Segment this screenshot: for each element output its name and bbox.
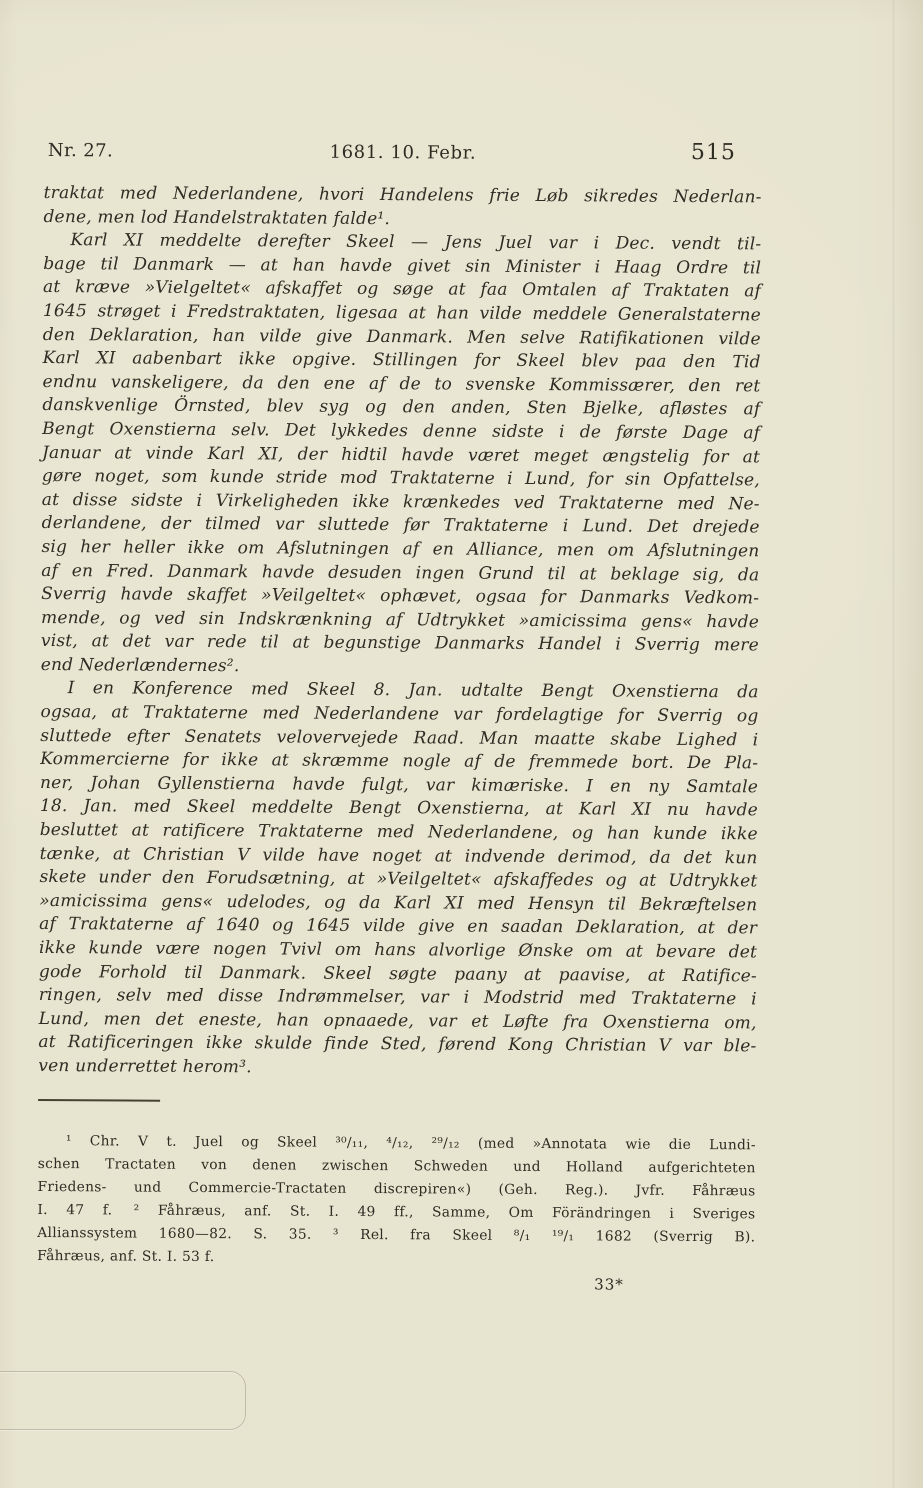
page-edge-crease <box>892 0 895 1488</box>
page-number: 515 <box>691 140 736 165</box>
body-text: traktat med Nederlandene, hvori Handelen… <box>38 182 761 1083</box>
footnotes: ¹ Chr. V t. Juel og Skeel ³⁰/₁₁, ⁴/₁₂, ²… <box>37 1130 756 1272</box>
book-page: Nr. 27. 1681. 10. Febr. 515 traktat med … <box>0 0 923 1488</box>
paragraph: Karl XI meddelte derefter Skeel — Jens J… <box>41 229 762 682</box>
page-header: Nr. 27. 1681. 10. Febr. 515 <box>44 136 762 170</box>
header-date: 1681. 10. Febr. <box>44 140 762 165</box>
paragraph: traktat med Nederlandene, hvori Handelen… <box>43 182 761 234</box>
signature-mark: 33* <box>577 1275 641 1293</box>
footnote-separator <box>38 1099 160 1102</box>
text-line: ven underrettet herom³. <box>38 1055 756 1083</box>
page-content: Nr. 27. 1681. 10. Febr. 515 traktat med … <box>44 136 762 170</box>
footnote-line: Fåhræus, anf. St. I. 53 f. <box>37 1245 755 1272</box>
paragraph: I en Konference med Skeel 8. Jan. udtalt… <box>38 677 758 1082</box>
emboss-mark <box>0 1371 246 1430</box>
